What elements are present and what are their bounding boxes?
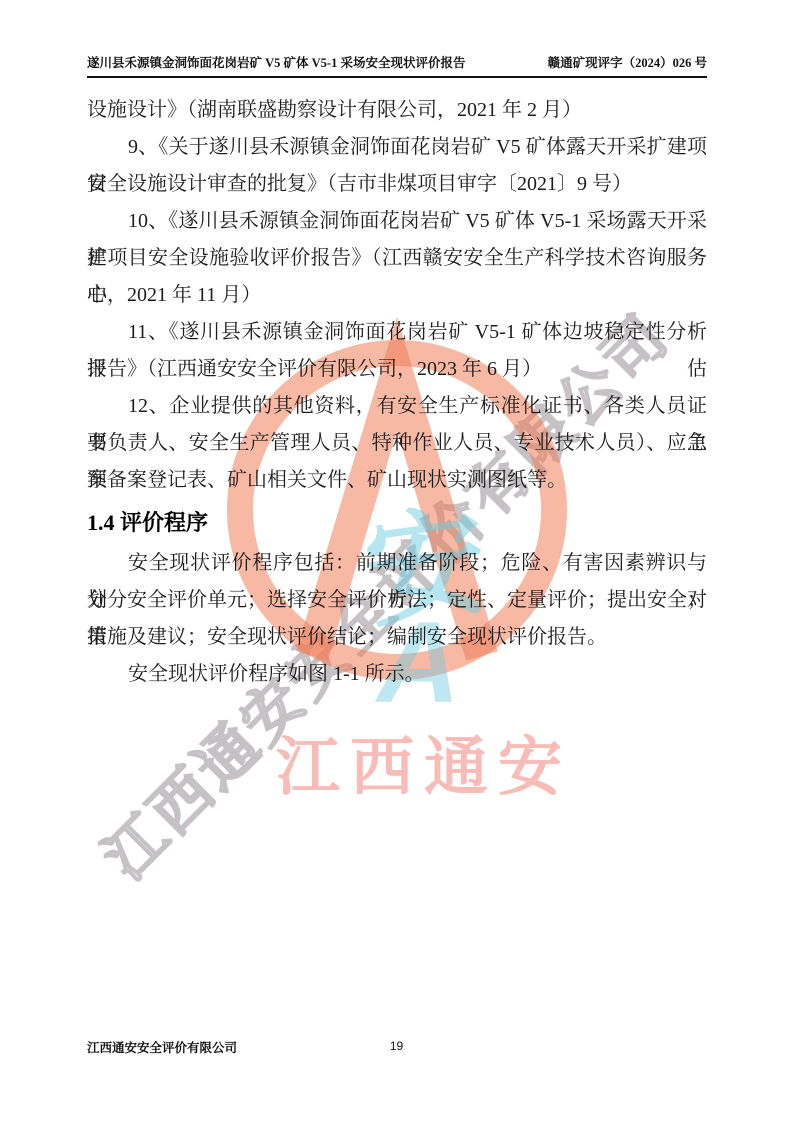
paragraph-line: 心，2021 年 11 月） bbox=[87, 277, 707, 314]
paragraph-line: 10、《遂川县禾源镇金洞饰面花岗岩矿 V5 矿体 V5-1 采场露天开采扩 bbox=[87, 203, 707, 240]
paragraph-line: 安全设施设计审查的批复》（吉市非煤项目审字〔2021〕9 号） bbox=[87, 166, 707, 203]
section-heading: 1.4 评价程序 bbox=[87, 508, 707, 538]
document-page: 江西通安安全评价有限公司 安 A 江西通安 遂川县禾源镇金洞饰面花岗岩矿 V5 … bbox=[0, 0, 793, 1122]
paragraph-line: 案备案登记表、矿山相关文件、矿山现状实测图纸等。 bbox=[87, 462, 707, 499]
paragraph-line: 要负责人、安全生产管理人员、特种作业人员、专业技术人员）、应急预 bbox=[87, 425, 707, 462]
paragraph-line: 9、《关于遂川县禾源镇金洞饰面花岗岩矿 V5 矿体露天开采扩建项目 bbox=[87, 129, 707, 166]
paragraph-line: 11、《遂川县禾源镇金洞饰面花岗岩矿 V5-1 矿体边坡稳定性分析评估 bbox=[87, 314, 707, 351]
content-layer: 遂川县禾源镇金洞饰面花岗岩矿 V5 矿体 V5-1 采场安全现状评价报告 赣通矿… bbox=[0, 0, 793, 1122]
paragraph-line: 措施及建议；安全现状评价结论；编制安全现状评价报告。 bbox=[87, 619, 707, 656]
paragraph-line: 设施设计》（湖南联盛勘察设计有限公司，2021 年 2 月） bbox=[87, 92, 707, 129]
paragraph-line: 建项目安全设施验收评价报告》（江西赣安安全生产科学技术咨询服务中 bbox=[87, 240, 707, 277]
page-header: 遂川县禾源镇金洞饰面花岗岩矿 V5 矿体 V5-1 采场安全现状评价报告 赣通矿… bbox=[87, 53, 707, 78]
paragraph-line: 12、企业提供的其他资料，有安全生产标准化证书、各类人员证书（主 bbox=[87, 388, 707, 425]
paragraph-line: 安全现状评价程序包括：前期准备阶段；危险、有害因素辨识与分析； bbox=[87, 545, 707, 582]
footer-page-number: 19 bbox=[0, 1039, 793, 1053]
header-report-title: 遂川县禾源镇金洞饰面花岗岩矿 V5 矿体 V5-1 采场安全现状评价报告 bbox=[87, 53, 465, 71]
header-doc-number: 赣通矿现评字（2024）026 号 bbox=[548, 53, 707, 71]
body-content: 设施设计》（湖南联盛勘察设计有限公司，2021 年 2 月）9、《关于遂川县禾源… bbox=[87, 92, 707, 693]
paragraph-line: 安全现状评价程序如图 1-1 所示。 bbox=[87, 656, 707, 693]
paragraph-line: 划分安全评价单元；选择安全评价方法；定性、定量评价；提出安全对策 bbox=[87, 582, 707, 619]
